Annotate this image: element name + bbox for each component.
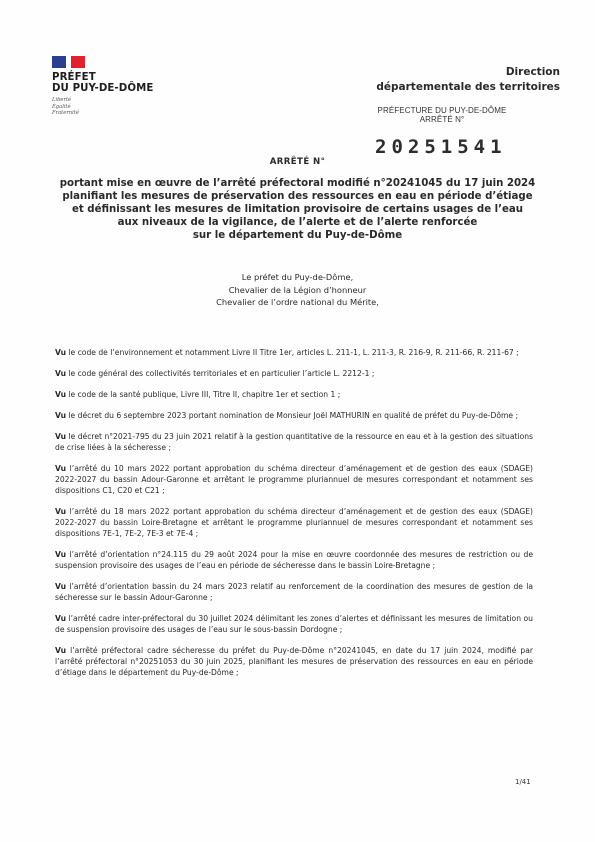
consideration-text: l’arrêté préfectoral cadre sécheresse du… xyxy=(55,646,533,677)
consideration-item: Vu l’arrêté cadre inter-préfectoral du 3… xyxy=(55,613,533,635)
marianne-flag-icon xyxy=(52,56,85,68)
consideration-text: l’arrêté du 10 mars 2022 portant approba… xyxy=(55,464,533,495)
prefecture-stamp: PRÉFECTURE DU PUY-DE-DÔME ARRÊTÉ N° xyxy=(362,106,522,124)
document-title: portant mise en œuvre de l’arrêté préfec… xyxy=(30,177,565,242)
consideration-item: Vu le code général des collectivités ter… xyxy=(55,368,533,379)
consideration-item: Vu l’arrêté du 10 mars 2022 portant appr… xyxy=(55,463,533,496)
vu-prefix: Vu xyxy=(55,646,66,655)
vu-prefix: Vu xyxy=(55,464,66,473)
vu-prefix: Vu xyxy=(55,550,66,559)
arrete-number-stamp: 20251541 xyxy=(375,136,507,158)
consideration-item: Vu le décret n°2021-795 du 23 juin 2021 … xyxy=(55,431,533,453)
consideration-text: le décret n°2021-795 du 23 juin 2021 rel… xyxy=(55,432,533,452)
consideration-item: Vu le décret du 6 septembre 2023 portant… xyxy=(55,410,533,421)
consideration-item: Vu le code de la santé publique, Livre I… xyxy=(55,389,533,400)
republic-motto: Liberté Égalité Fraternité xyxy=(52,97,153,117)
consideration-item: Vu l’arrêté du 18 mars 2022 portant appr… xyxy=(55,506,533,539)
consideration-item: Vu le code de l’environnement et notamme… xyxy=(55,347,533,358)
logo-title: PRÉFET DU PUY-DE-DÔME xyxy=(52,72,153,94)
consideration-text: l’arrêté d’orientation n°24.115 du 29 ao… xyxy=(55,550,533,570)
vu-prefix: Vu xyxy=(55,582,66,591)
vu-prefix: Vu xyxy=(55,390,66,399)
vu-prefix: Vu xyxy=(55,369,66,378)
consideration-item: Vu l’arrêté d’orientation bassin du 24 m… xyxy=(55,581,533,603)
consideration-text: l’arrêté du 18 mars 2022 portant approba… xyxy=(55,507,533,538)
arrete-label: ARRÊTÉ N° xyxy=(0,157,595,167)
vu-prefix: Vu xyxy=(55,411,66,420)
consideration-item: Vu l’arrêté préfectoral cadre sécheresse… xyxy=(55,645,533,678)
signatory-block: Le préfet du Puy-de-Dôme, Chevalier de l… xyxy=(0,271,595,309)
consideration-item: Vu l’arrêté d’orientation n°24.115 du 29… xyxy=(55,549,533,571)
vu-prefix: Vu xyxy=(55,348,66,357)
vu-prefix: Vu xyxy=(55,507,66,516)
consideration-text: l’arrêté cadre inter-préfectoral du 30 j… xyxy=(55,614,533,634)
prefecture-logo: PRÉFET DU PUY-DE-DÔME Liberté Égalité Fr… xyxy=(52,56,153,117)
vu-prefix: Vu xyxy=(55,432,66,441)
vu-prefix: Vu xyxy=(55,614,66,623)
issuing-direction: Direction départementale des territoires xyxy=(376,65,560,95)
consideration-text: le code général des collectivités territ… xyxy=(68,369,374,378)
consideration-text: le code de l’environnement et notamment … xyxy=(68,348,518,357)
considerations-list: Vu le code de l’environnement et notamme… xyxy=(55,347,533,688)
consideration-text: le décret du 6 septembre 2023 portant no… xyxy=(68,411,518,420)
page-number: 1/41 xyxy=(515,778,531,786)
document-page: PRÉFET DU PUY-DE-DÔME Liberté Égalité Fr… xyxy=(0,0,595,842)
consideration-text: le code de la santé publique, Livre III,… xyxy=(68,390,340,399)
consideration-text: l’arrêté d’orientation bassin du 24 mars… xyxy=(55,582,533,602)
